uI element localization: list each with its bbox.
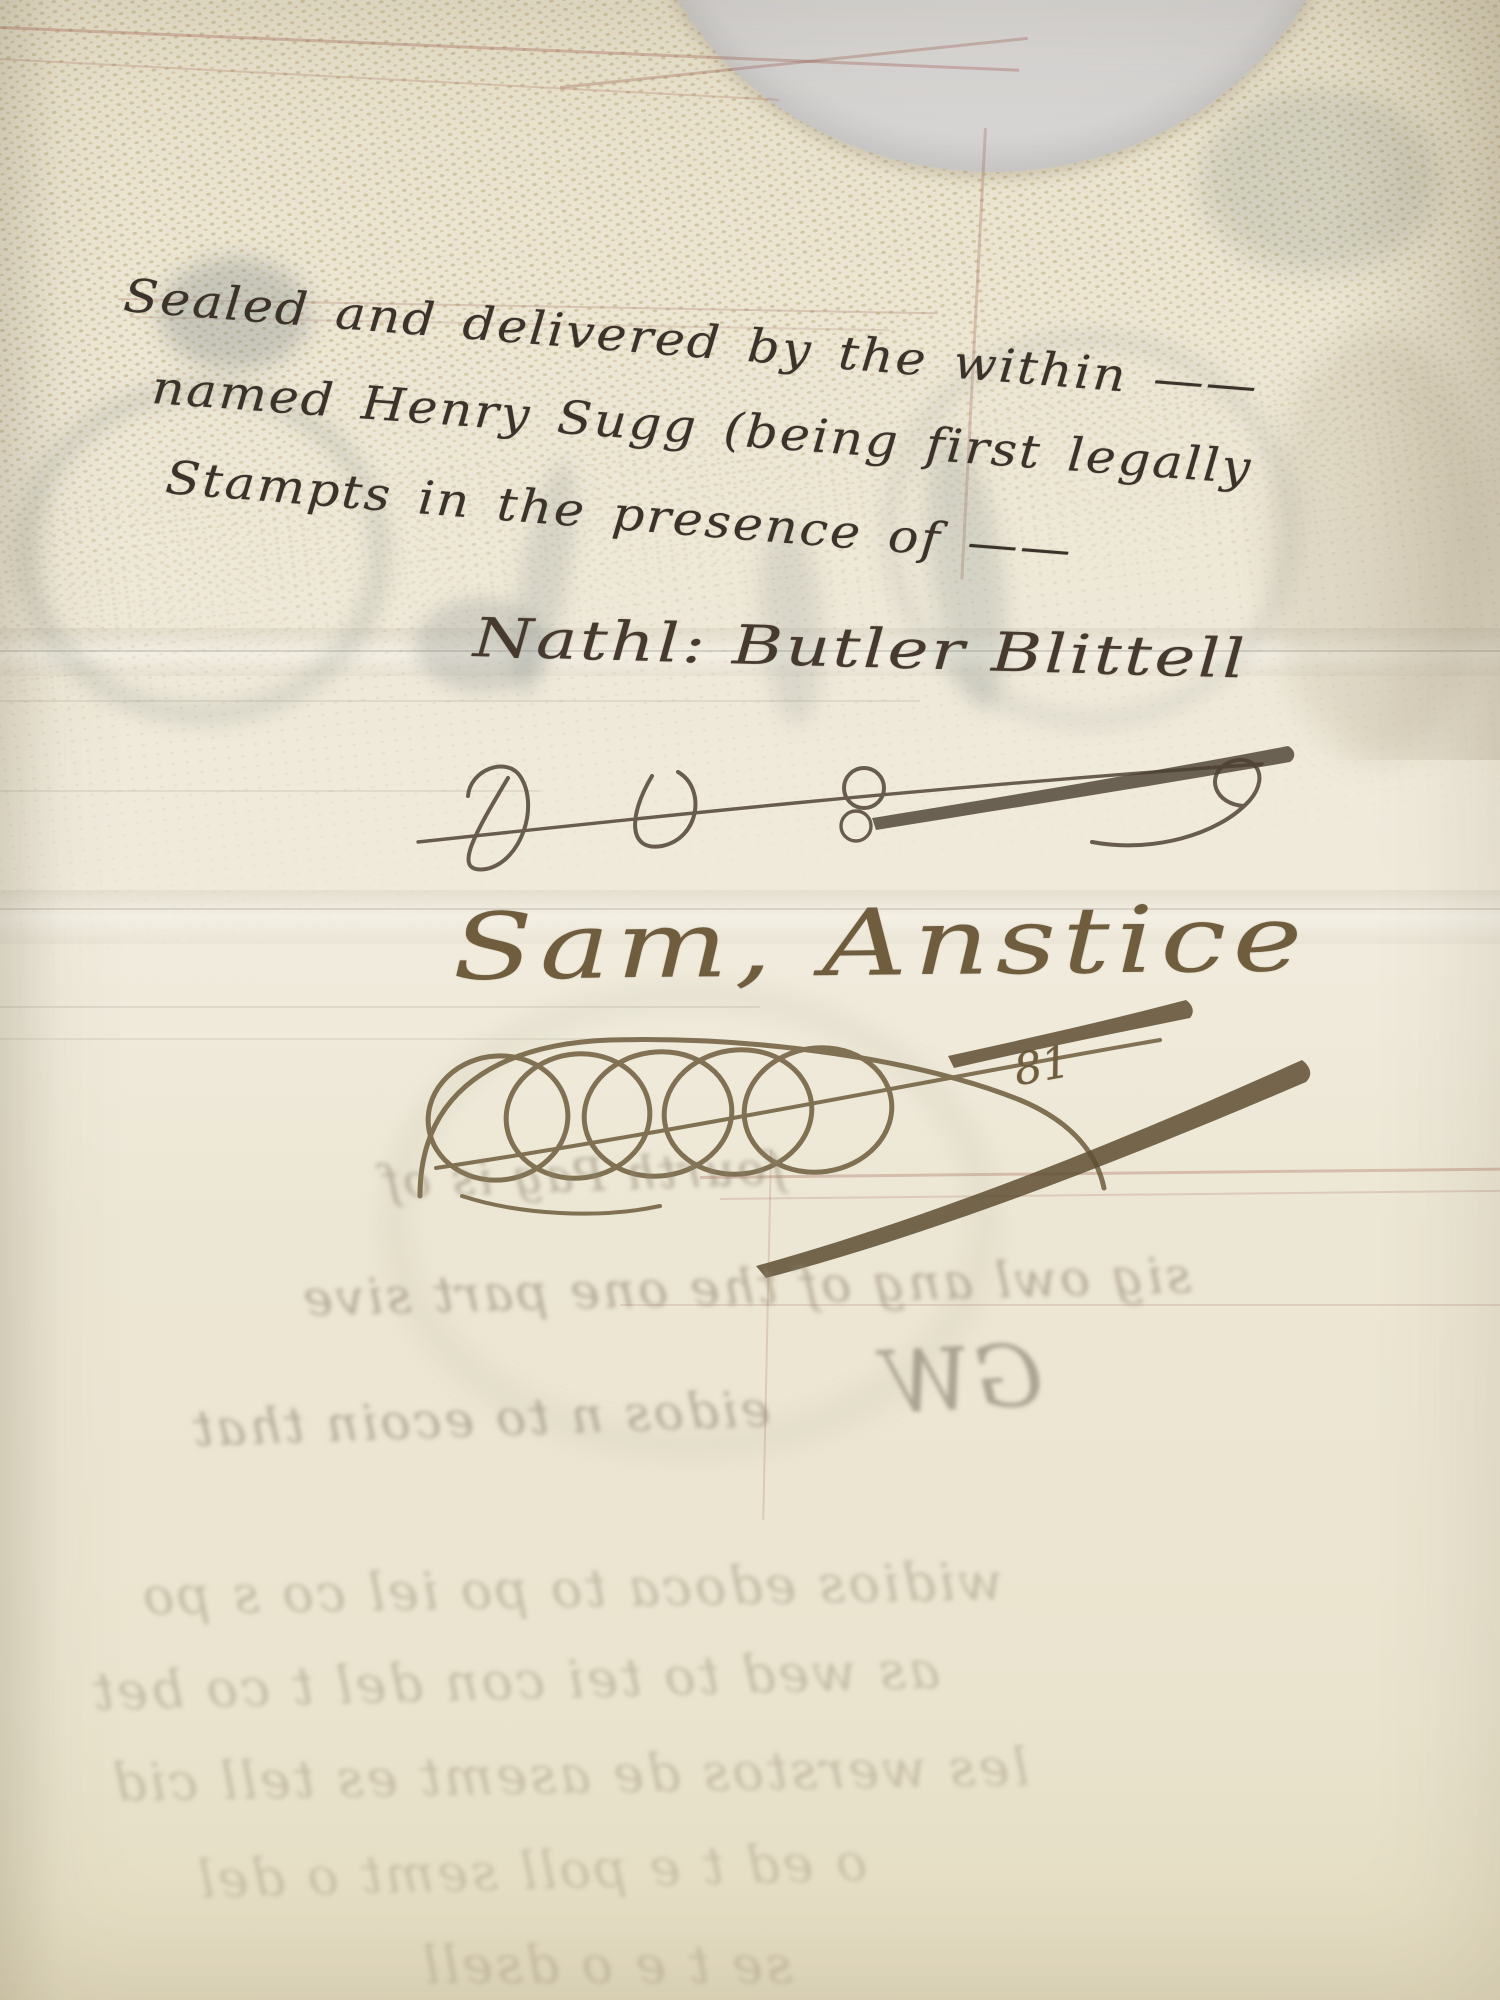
- photograph: Sealed and delivered by the within —— na…: [0, 0, 1500, 2000]
- photo-vignette: [0, 0, 1500, 2000]
